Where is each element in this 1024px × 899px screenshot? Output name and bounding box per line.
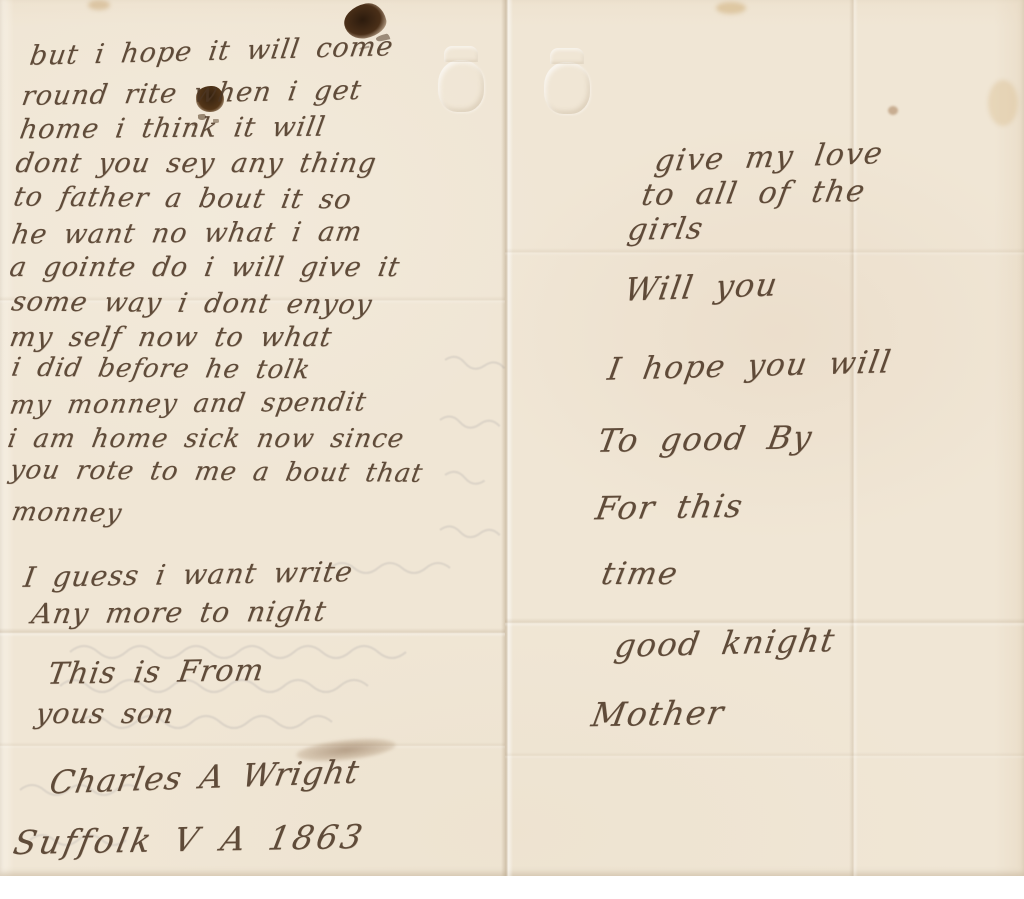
- scanner-background: [0, 876, 1024, 899]
- handwritten-line: i am home sick now since: [5, 424, 407, 454]
- handwritten-line: a gointe do i will give it: [7, 252, 402, 283]
- embossed-seal-left: [438, 60, 484, 112]
- handwritten-line: dont you sey any thing: [13, 148, 379, 179]
- handwritten-line: my monney and spendit: [7, 387, 368, 420]
- handwritten-line: I guess i want write: [21, 555, 355, 594]
- handwritten-line: For this: [593, 487, 747, 528]
- handwritten-line: good knight: [612, 621, 839, 665]
- handwritten-line: my self now to what: [7, 322, 334, 353]
- handwritten-line: you rote to me a bout that: [7, 455, 425, 489]
- handwritten-line: This is From: [45, 653, 267, 692]
- handwritten-line: to father a bout it so: [11, 182, 354, 216]
- handwritten-line: home i think it will: [17, 112, 328, 146]
- handwritten-line: To good By: [595, 418, 816, 460]
- handwritten-line: i did before he tolk: [9, 353, 313, 386]
- place-date-line: Suffolk V A 1863: [10, 817, 368, 862]
- handwritten-line: he want no what i am: [9, 216, 364, 250]
- handwritten-line: monney: [9, 497, 125, 529]
- handwritten-line: some way i dont enyoy: [9, 286, 375, 320]
- handwritten-line: Will you: [622, 265, 781, 309]
- handwritten-line: round rite when i get: [20, 75, 364, 112]
- handwritten-line: Any more to night: [29, 595, 329, 631]
- letter-scan: but i hope it will come round rite when …: [0, 0, 1024, 899]
- handwritten-line: I hope you will: [605, 344, 895, 388]
- handwritten-line: girls: [625, 211, 707, 247]
- embossed-seal-right: [544, 62, 590, 114]
- handwritten-line: Mother: [589, 693, 728, 734]
- handwritten-line: yous son: [33, 697, 177, 730]
- handwritten-line: to all of the: [639, 174, 869, 213]
- handwritten-line: time: [599, 556, 682, 592]
